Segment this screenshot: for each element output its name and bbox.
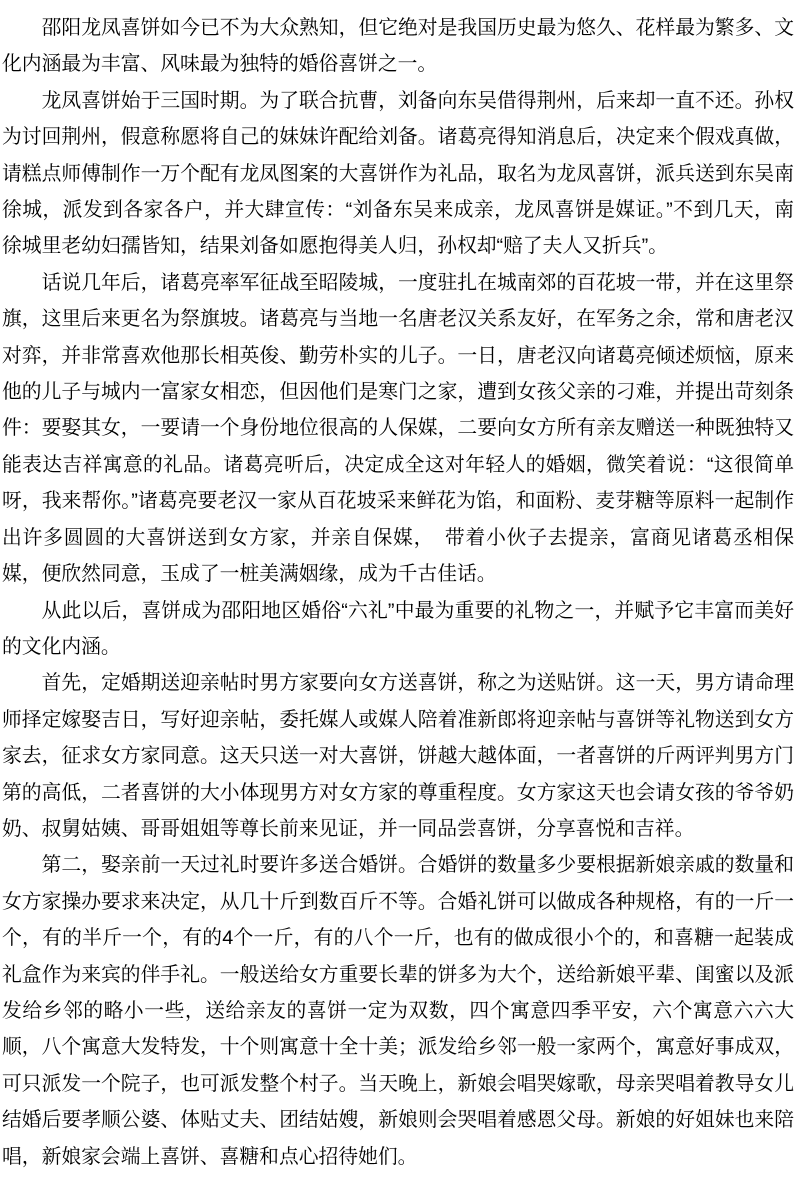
paragraph-first-custom-tiebing: 首先，定婚期送迎亲帖时男方家要向女方送喜饼，称之为送贴饼。这一天，男方请命理师择… bbox=[2, 665, 794, 847]
paragraph-intro: 邵阳龙凤喜饼如今已不为大众熟知，但它绝对是我国历史最为悠久、花样最为繁多、文化内… bbox=[2, 10, 794, 83]
paragraph-six-rites: 从此以后，喜饼成为邵阳地区婚俗“六礼”中最为重要的礼物之一，并赋予它丰富而美好的… bbox=[2, 593, 794, 666]
paragraph-origin-three-kingdoms: 龙凤喜饼始于三国时期。为了联合抗曹，刘备向东吴借得荆州，后来却一直不还。孙权为讨… bbox=[2, 83, 794, 265]
paragraph-second-custom-hehunbing: 第二，娶亲前一天过礼时要许多送合婚饼。合婚饼的数量多少要根据新娘亲戚的数量和女方… bbox=[2, 847, 794, 1175]
document-page: 邵阳龙凤喜饼如今已不为大众熟知，但它绝对是我国历史最为悠久、花样最为繁多、文化内… bbox=[0, 0, 800, 1187]
paragraph-zhugeliang-story: 话说几年后，诸葛亮率军征战至昭陵城，一度驻扎在城南郊的百花坡一带，并在这里祭旗，… bbox=[2, 265, 794, 593]
